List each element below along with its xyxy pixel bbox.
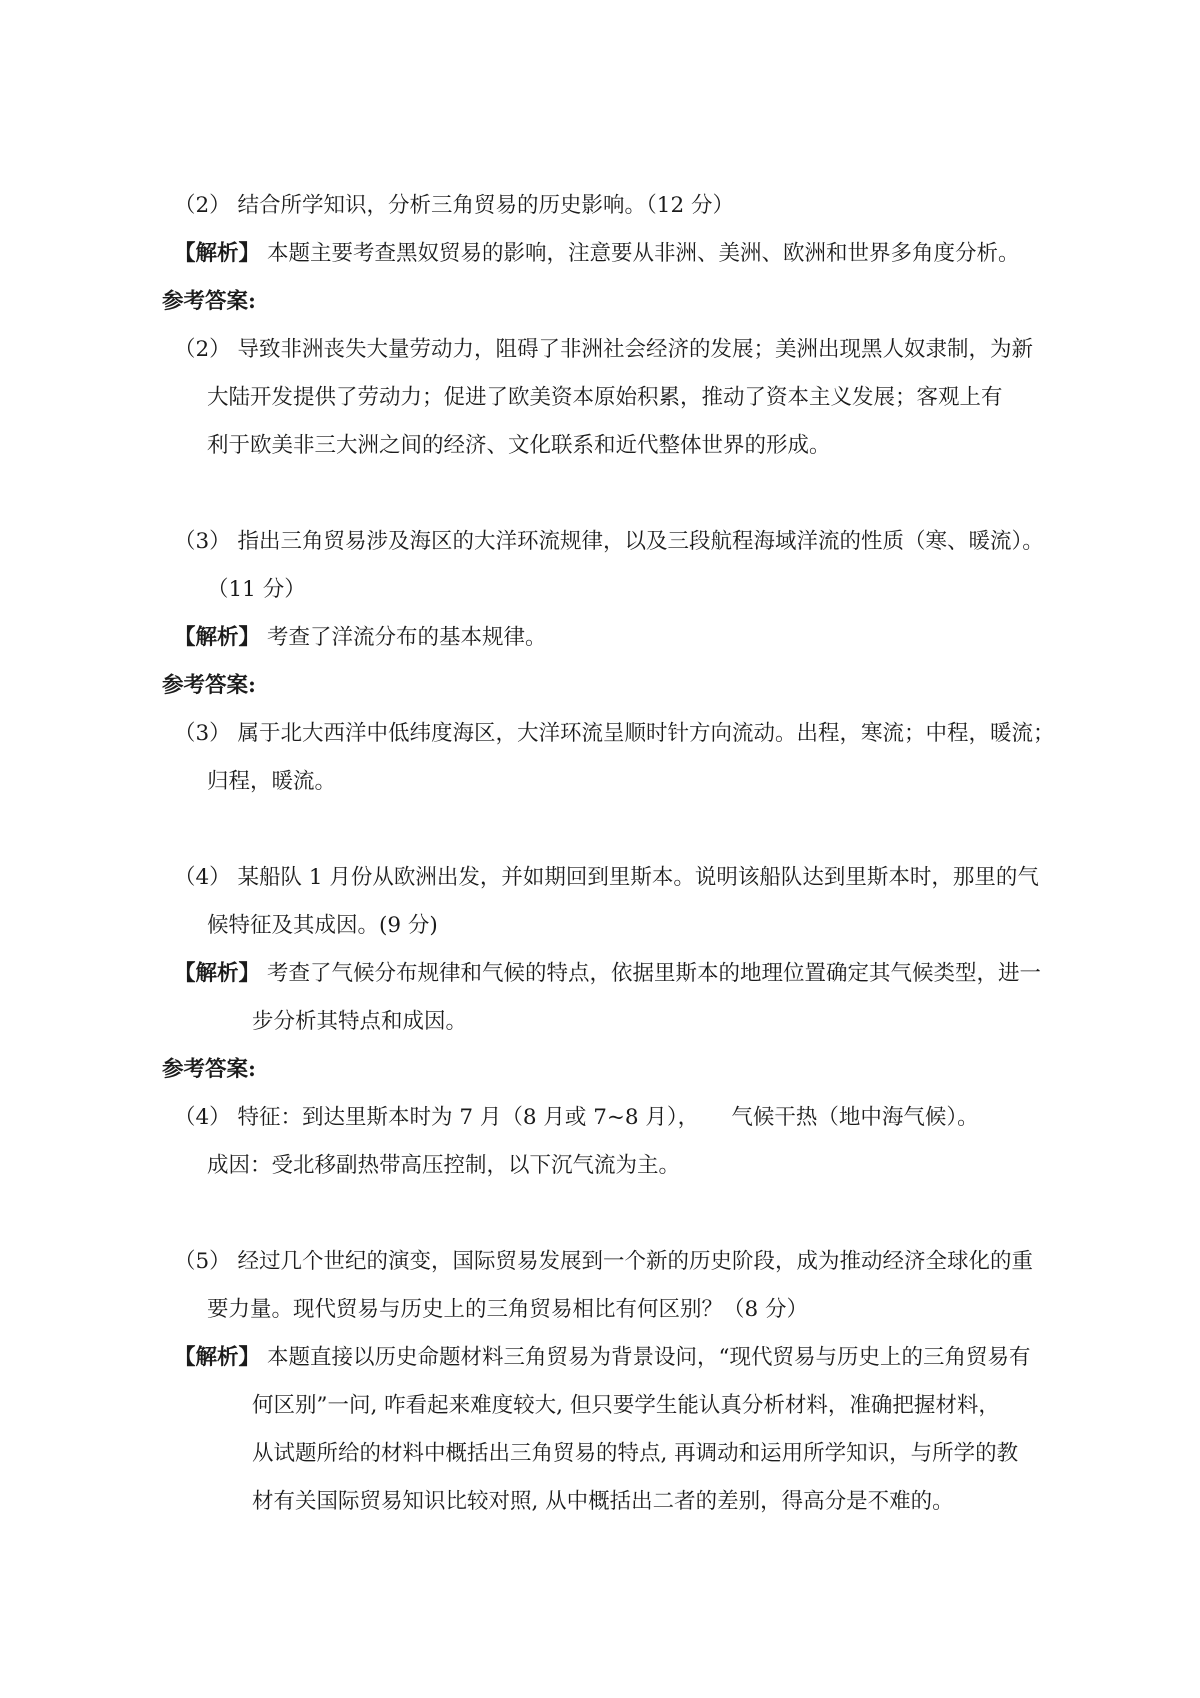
line-text: 考查了气候分布规律和气候的特点，依据里斯本的地理位置确定其气候类型，进一 (267, 961, 1041, 986)
question-line: 要力量。现代贸易与历史上的三角贸易相比有何区别？（8 分） (162, 1286, 1100, 1334)
analysis-line: 从试题所给的材料中概括出三角贸易的特点, 再调动和运用所学知识，与所学的教 (162, 1430, 1100, 1478)
question-line: （2） 结合所学知识，分析三角贸易的历史影响。（12 分） (162, 182, 1100, 230)
question-line: （4） 某船队 1 月份从欧洲出发，并如期回到里斯本。说明该船队达到里斯本时，那… (162, 854, 1100, 902)
analysis-prefix: 【解析】 (174, 961, 260, 986)
analysis-line: 何区别”一问, 咋看起来难度较大, 但只要学生能认真分析材料，准确把握材料， (162, 1382, 1100, 1430)
answer-label: 参考答案: (162, 278, 1100, 326)
analysis-prefix: 【解析】 (174, 625, 260, 650)
answer-label: 参考答案: (162, 662, 1100, 710)
answer-line: 利于欧美非三大洲之间的经济、文化联系和近代整体世界的形成。 (162, 422, 1100, 470)
answer-line: 大陆开发提供了劳动力；促进了欧美资本原始积累，推动了资本主义发展；客观上有 (162, 374, 1100, 422)
analysis-prefix: 【解析】 (174, 241, 260, 266)
answer-label: 参考答案: (162, 1046, 1100, 1094)
analysis-line: 【解析】考查了洋流分布的基本规律。 (162, 614, 1100, 662)
question-line: （5） 经过几个世纪的演变，国际贸易发展到一个新的历史阶段，成为推动经济全球化的… (162, 1238, 1100, 1286)
analysis-line: 【解析】本题主要考查黑奴贸易的影响，注意要从非洲、美洲、欧洲和世界多角度分析。 (162, 230, 1100, 278)
analysis-line: 步分析其特点和成因。 (162, 998, 1100, 1046)
question-line: （11 分） (162, 566, 1100, 614)
answer-line: （4） 特征：到达里斯本时为 7 月（8 月或 7~8 月）， 气候干热（地中海… (162, 1094, 1100, 1142)
answer-line: （2） 导致非洲丧失大量劳动力，阻碍了非洲社会经济的发展；美洲出现黑人奴隶制，为… (162, 326, 1100, 374)
blank-line (162, 806, 1100, 854)
answer-line: （3） 属于北大西洋中低纬度海区，大洋环流呈顺时针方向流动。出程，寒流；中程，暖… (162, 710, 1100, 758)
answer-line: 归程，暖流。 (162, 758, 1100, 806)
analysis-line: 【解析】本题直接以历史命题材料三角贸易为背景设问，“现代贸易与历史上的三角贸易有 (162, 1334, 1100, 1382)
line-text: 本题直接以历史命题材料三角贸易为背景设问，“现代贸易与历史上的三角贸易有 (267, 1345, 1031, 1370)
question-line: 候特征及其成因。(9 分) (162, 902, 1100, 950)
analysis-prefix: 【解析】 (174, 1345, 260, 1370)
blank-line (162, 1190, 1100, 1238)
question-line: （3） 指出三角贸易涉及海区的大洋环流规律，以及三段航程海域洋流的性质（寒、暖流… (162, 518, 1100, 566)
document-page: （2） 结合所学知识，分析三角贸易的历史影响。（12 分）【解析】本题主要考查黑… (0, 0, 1200, 1698)
line-text: 本题主要考查黑奴贸易的影响，注意要从非洲、美洲、欧洲和世界多角度分析。 (267, 241, 1020, 266)
answer-line: 成因：受北移副热带高压控制，以下沉气流为主。 (162, 1142, 1100, 1190)
analysis-line: 【解析】考查了气候分布规律和气候的特点，依据里斯本的地理位置确定其气候类型，进一 (162, 950, 1100, 998)
analysis-line: 材有关国际贸易知识比较对照, 从中概括出二者的差别，得高分是不难的。 (162, 1478, 1100, 1526)
line-text: 考查了洋流分布的基本规律。 (267, 625, 547, 650)
blank-line (162, 470, 1100, 518)
